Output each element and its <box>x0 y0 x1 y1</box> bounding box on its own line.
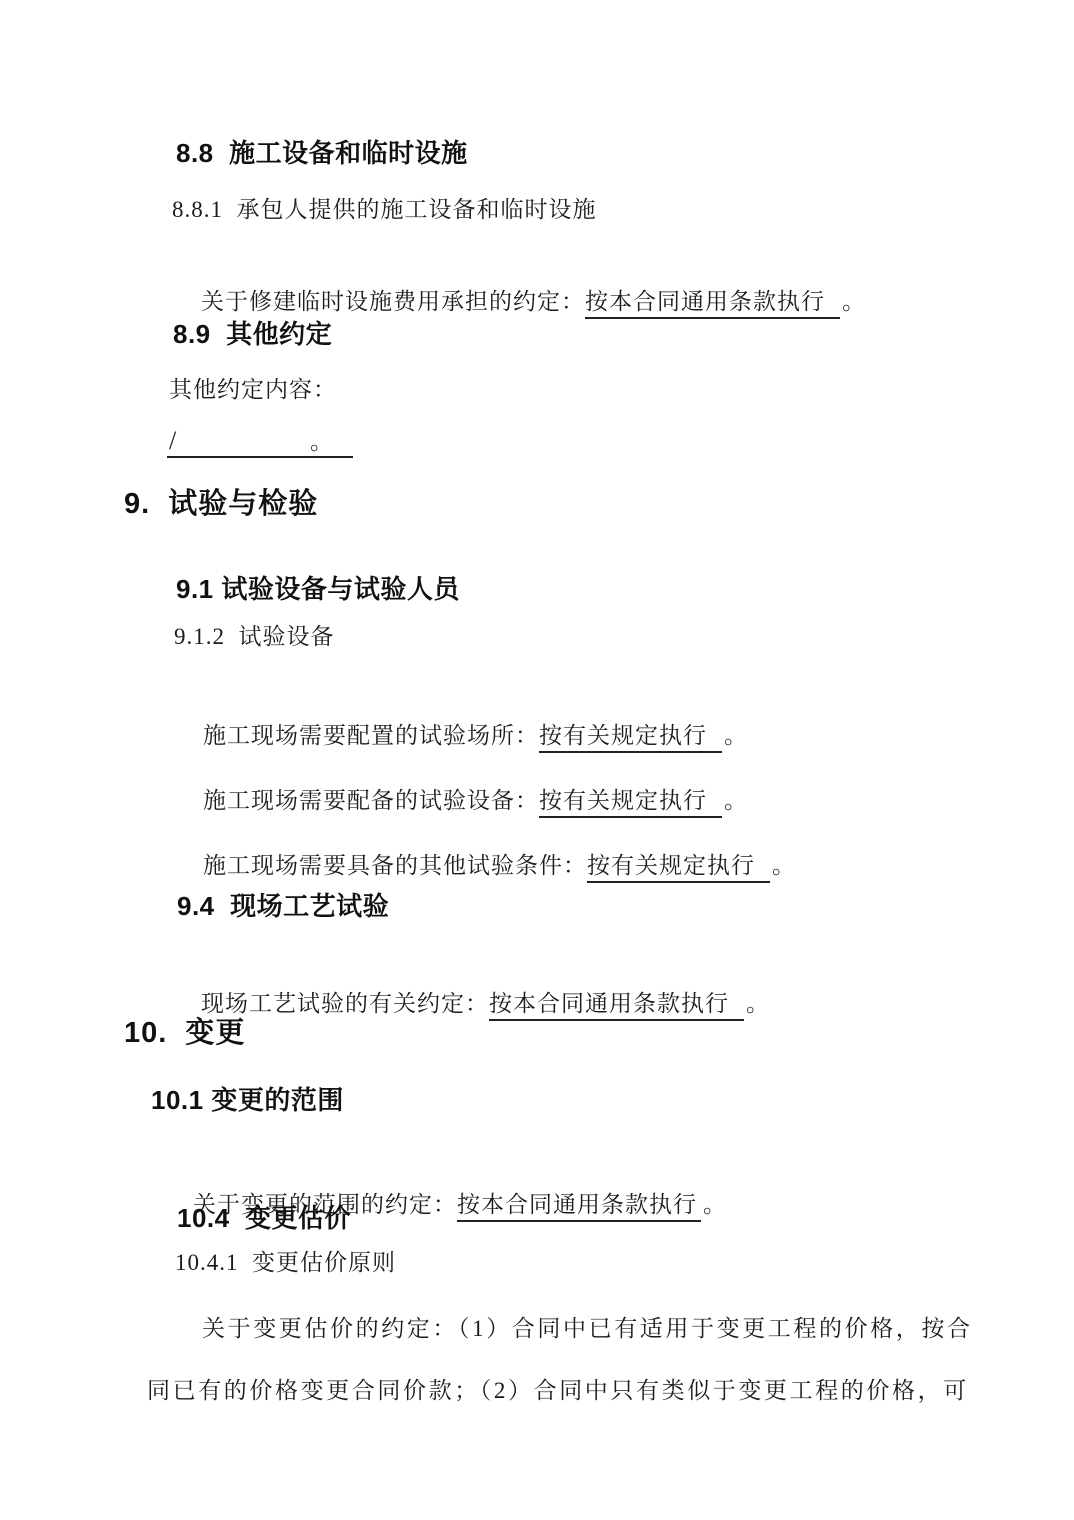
blank-value: 按有关规定执行 <box>539 788 722 818</box>
period: 。 <box>701 1192 727 1217</box>
heading-10: 10. 变更 <box>124 1016 245 1050</box>
heading-10-4: 10.4 变更估价 <box>177 1201 351 1235</box>
heading-8-8: 8.8 施工设备和临时设施 <box>176 136 468 170</box>
line-process-test: 现场工艺试验的有关约定：按本合同通用条款执行。 <box>174 953 770 987</box>
line-test-cond: 施工现场需要具备的其他试验条件：按有关规定执行。 <box>176 815 796 849</box>
document-page: 8.8 施工设备和临时设施 8.8.1 承包人提供的施工设备和临时设施 关于修建… <box>0 0 1074 1520</box>
paragraph-line-1: 关于变更估价的约定：（1）合同中已有适用于变更工程的价格，按合 <box>202 1312 973 1346</box>
line-label: 关于修建临时设施费用承担的约定： <box>201 289 585 314</box>
blank-value: 按有关规定执行 <box>539 723 722 753</box>
line-label: 施工现场需要具备的其他试验条件： <box>203 853 587 878</box>
blank-slash-field: / 。 <box>167 420 353 458</box>
line-label: 施工现场需要配备的试验设备： <box>203 788 539 813</box>
period: 。 <box>310 423 353 456</box>
slash-mark: / <box>167 426 176 456</box>
line-temp-facility: 关于修建临时设施费用承担的约定：按本合同通用条款执行。 <box>174 251 866 285</box>
line-label: 现场工艺试验的有关约定： <box>201 991 489 1016</box>
heading-10-1: 10.1 变更的范围 <box>151 1083 344 1117</box>
period: 。 <box>722 723 748 748</box>
other-content-label: 其他约定内容： <box>169 373 337 407</box>
period: 。 <box>722 788 748 813</box>
heading-9: 9. 试验与检验 <box>124 487 318 521</box>
heading-9-1: 9.1 试验设备与试验人员 <box>176 572 460 606</box>
clause-9-1-2: 9.1.2 试验设备 <box>174 620 335 654</box>
line-test-site: 施工现场需要配置的试验场所：按有关规定执行。 <box>176 685 748 719</box>
blank-value: 按本合同通用条款执行 <box>585 289 840 319</box>
paragraph-line-2: 同已有的价格变更合同价款；（2）合同中只有类似于变更工程的价格，可 <box>147 1374 969 1408</box>
period: 。 <box>840 289 866 314</box>
period: 。 <box>744 991 770 1016</box>
blank-value: 按本合同通用条款执行 <box>457 1192 701 1222</box>
blank-value: 按有关规定执行 <box>587 853 770 883</box>
clause-8-8-1: 8.8.1 承包人提供的施工设备和临时设施 <box>172 193 597 227</box>
heading-8-9: 8.9 其他约定 <box>173 317 332 351</box>
line-change-scope: 关于变更的范围的约定：按本合同通用条款执行。 <box>166 1154 727 1188</box>
period: 。 <box>770 853 796 878</box>
line-label: 施工现场需要配置的试验场所： <box>203 723 539 748</box>
line-test-equip: 施工现场需要配备的试验设备：按有关规定执行。 <box>176 750 748 784</box>
clause-10-4-1: 10.4.1 变更估价原则 <box>175 1246 396 1280</box>
heading-9-4: 9.4 现场工艺试验 <box>177 889 389 923</box>
blank-value: 按本合同通用条款执行 <box>489 991 744 1021</box>
